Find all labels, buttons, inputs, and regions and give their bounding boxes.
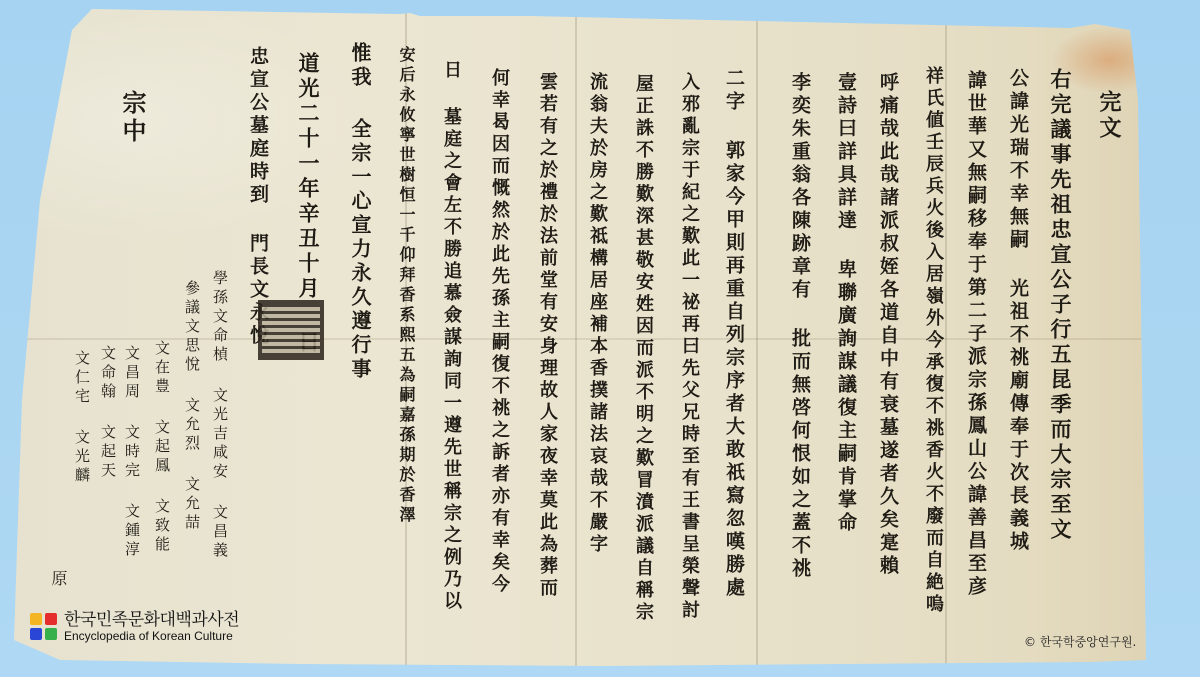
logo-icon [30, 613, 58, 641]
text-column: 李奕朱重翁各陳跡章有 批而無啓何恨如之蓋不祧 [790, 72, 809, 581]
photo-stage: 完文右完議事先祖忠宣公子行五昆季而大宗至文公諱光瑞不幸無嗣 光祖不祧廟傳奉于次長… [0, 0, 1200, 677]
text-column: 惟我 全宗一心宣力永久遵行事 [350, 42, 370, 382]
text-column: 祥氏値壬辰兵火後入居嶺外今承復不祧香火不廢而自絶嗚 [924, 66, 942, 616]
text-column: 諱世華又無嗣移奉于第二子派宗孫鳳山公諱善昌至彦 [966, 70, 985, 599]
text-column: 屋正誅不勝歎深甚敬安姓因而派不明之歎冒濆派議自稱宗 [634, 74, 652, 624]
text-column: 完文 [1098, 90, 1120, 142]
text-column: 壹詩曰詳具詳達 卑聯廣詢謀議復主嗣肯掌命 [836, 72, 855, 535]
signatory-column: 文在豊 文起鳳 文致能 [154, 340, 169, 555]
logo-korean-text: 한국민족문화대백과사전 [64, 612, 239, 629]
text-column: 公諱光瑞不幸無嗣 光祖不祧廟傳奉于次長義城 [1008, 68, 1027, 554]
text-column: 何幸曷因而慨然於此先孫主嗣復不祧之訴者亦有幸矣今 [490, 68, 508, 596]
text-column: 雲若有之於禮於法前堂有安身理故人家夜幸莫此為葬而 [538, 72, 556, 600]
signatory-column: 文昌周 文時完 文鍾淳 [124, 345, 139, 560]
text-column: 宗中 [120, 90, 144, 146]
text-column: 呼痛哉此哉諸派叔姪各道自中有衰墓遂者久矣寔賴 [878, 72, 897, 578]
encyclopedia-logo: 한국민족문화대백과사전 Encyclopedia of Korean Cultu… [30, 612, 239, 642]
text-column: 安后永攸寧世樹恒一千仰拜香系熙五為嗣嘉孫期於香澤 [398, 46, 414, 526]
signatory-column: 文命翰 文起天 [100, 345, 115, 481]
logo-english-text: Encyclopedia of Korean Culture [64, 630, 239, 642]
text-column: 流翁夫於房之歎祗構居座補本香撲諸法哀哉不嚴字 [588, 72, 606, 556]
seal-stamp [258, 300, 324, 360]
text-column: 右完議事先祖忠宣公子行五昆季而大宗至文 [1050, 68, 1071, 543]
signatory-column: 原 [50, 570, 66, 590]
text-column: 入邪亂宗于紀之歎此一祕再曰先父兄時至有王書呈榮聲討 [680, 72, 698, 622]
copyright-notice: © 한국학중앙연구원. [1024, 633, 1136, 650]
signatory-column: 文仁宅 文光麟 [74, 350, 89, 486]
text-column: 二字 郭家今甲則再重自列宗序者大敢祇寫忽嘆勝處 [724, 68, 743, 600]
signatory-column: 參議文思悅 文允烈 文允喆 [184, 280, 199, 533]
signatory-column: 學孫文命楨 文光吉咸安 文昌義 [212, 270, 227, 561]
text-column: 日 墓庭之會左不勝追慕僉謀詢同一遵先世稱宗之例乃以 [442, 60, 460, 613]
